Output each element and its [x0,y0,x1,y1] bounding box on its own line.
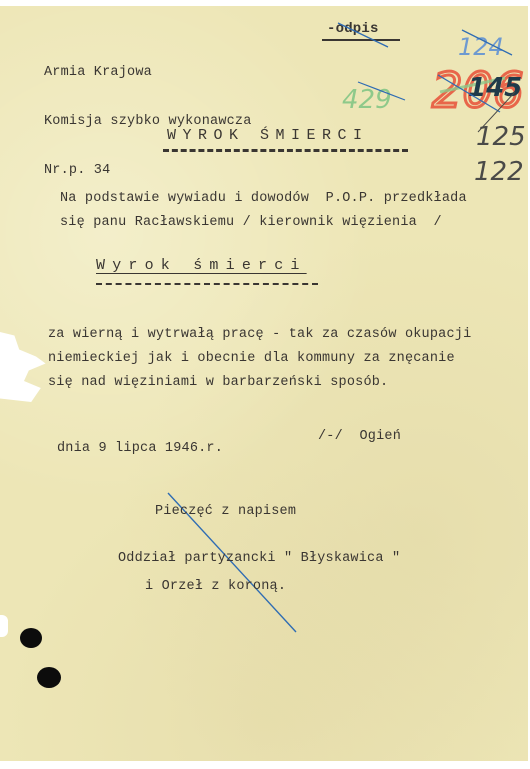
cross-out-line [338,23,388,47]
verdict-heading: Wyrok śmierci [96,257,307,274]
signature: /-/ Ogień [318,428,401,445]
document-date: dnia 9 lipca 1946.r. [57,440,223,457]
justification-paragraph: za wierną i wytrwałą pracę - tak za czas… [48,323,471,395]
justification-line-1: za wierną i wytrwałą pracę - tak za czas… [48,323,471,347]
seal-line-3: i Orzeł z koroną. [145,578,286,595]
verdict-underline [96,283,318,285]
preamble-line-1: Na podstawie wywiadu i dowodów P.O.P. pr… [60,187,467,211]
pencil-number-122: 122 [474,157,524,187]
seal-line-1: Pieczęć z napisem [155,503,296,520]
document-title: WYROK ŚMIERCI [167,127,369,144]
seal-line-2: Oddział partyzancki " Błyskawica " [118,550,400,567]
preamble-line-2: się panu Racławskiemu / kierownik więzie… [60,211,467,235]
justification-line-3: się nad więziniami w barbarzeński sposób… [48,371,471,395]
justification-line-2: niemieckiej jak i obecnie dla kommuny za… [48,347,471,371]
green-number-429: 429 [342,85,392,115]
title-underline [163,149,408,152]
preamble-paragraph: Na podstawie wywiadu i dowodów P.O.P. pr… [60,187,467,235]
